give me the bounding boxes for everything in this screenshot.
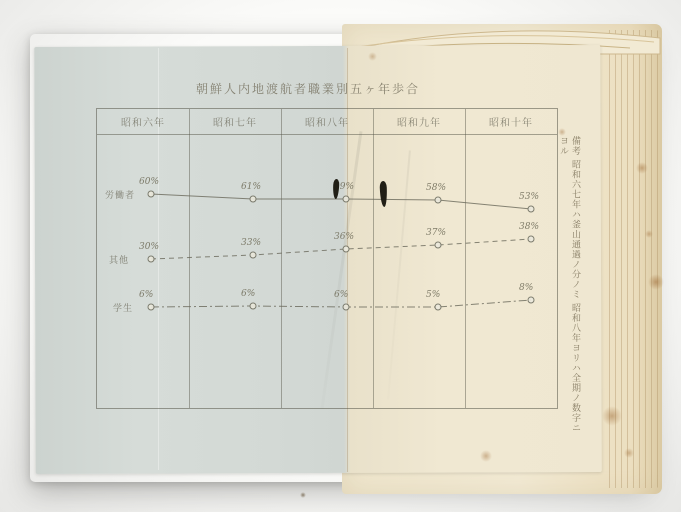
data-point [528, 297, 534, 303]
foxing-stain [602, 406, 622, 426]
data-point [343, 246, 349, 252]
data-point [148, 304, 154, 310]
point-value-label: 36% [334, 232, 354, 242]
data-point [528, 206, 534, 212]
foxing-stain [624, 448, 634, 458]
data-point [250, 303, 256, 309]
plot-svg [97, 109, 557, 408]
foxing-stain [636, 162, 648, 174]
point-value-label: 61% [241, 182, 261, 192]
foxing-stain [648, 274, 664, 290]
point-value-label: 33% [241, 238, 261, 248]
point-value-label: 38% [519, 222, 539, 232]
data-point [250, 252, 256, 258]
point-value-label: 37% [426, 228, 446, 238]
data-point [250, 196, 256, 202]
point-value-label: 58% [426, 183, 446, 193]
point-value-label: 8% [519, 283, 533, 293]
chart-area: 昭和六年 昭和七年 昭和八年 昭和九年 昭和十年 労働者 其他 学生 60%61… [96, 108, 558, 409]
handwritten-margin-note: 備考 昭和六七年ハ釜山通過ノ分ノミ 昭和八年ヨリハ全期ノ数字ニヨル [558, 136, 582, 441]
point-value-label: 30% [139, 242, 159, 252]
series-line-2 [151, 300, 531, 307]
point-value-label: 6% [139, 290, 153, 300]
foxing-stain [368, 52, 377, 61]
point-value-label: 6% [241, 289, 255, 299]
point-value-label: 5% [426, 290, 440, 300]
data-point [343, 196, 349, 202]
foxing-stain [645, 230, 653, 238]
point-value-label: 53% [519, 192, 539, 202]
series-line-1 [151, 239, 531, 259]
point-value-label: 60% [139, 177, 159, 187]
point-value-label: 6% [334, 290, 348, 300]
data-point [528, 236, 534, 242]
photo-background: 朝鮮人内地渡航者職業別五ヶ年歩合 昭和六年 昭和七年 昭和八年 昭和九年 昭和十… [0, 0, 681, 512]
foxing-stain [300, 492, 306, 498]
data-point [148, 256, 154, 262]
data-point [148, 191, 154, 197]
data-point [343, 304, 349, 310]
data-point [435, 304, 441, 310]
data-point [435, 242, 441, 248]
foxing-stain [480, 450, 492, 462]
foxing-stain [558, 128, 566, 136]
chart-title: 朝鮮人内地渡航者職業別五ヶ年歩合 [178, 80, 438, 97]
data-point [435, 197, 441, 203]
series-line-0 [151, 194, 531, 209]
